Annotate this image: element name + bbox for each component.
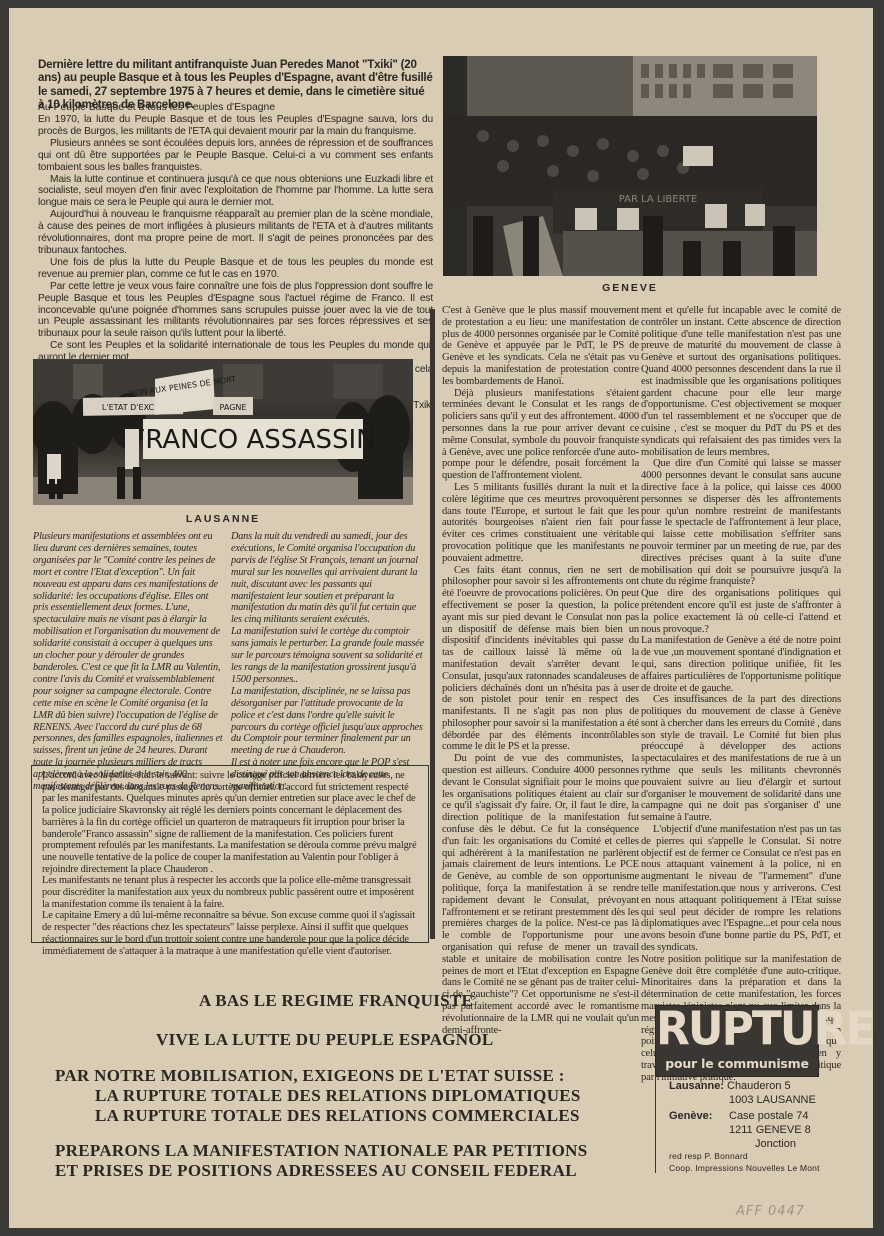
address-line: Case postale 74 xyxy=(729,1109,811,1123)
lausanne-report-col2: Dans la nuit du vendredi au samedi, jour… xyxy=(231,531,425,793)
lausanne-report-paragraph: Dans la nuit du vendredi au samedi, jour… xyxy=(231,531,425,626)
slogan: LA RUPTURE TOTALE DES RELATIONS DIPLOMAT… xyxy=(95,1086,581,1105)
lausanne-report-paragraph: Plusieurs manifestations et assemblées o… xyxy=(33,531,223,793)
letter-paragraph: Plusieurs années se sont écoulées depuis… xyxy=(38,138,433,174)
letter-salutation: Au Peuple Basque et à tous les Peuples d… xyxy=(38,102,433,114)
slogan: ET PRISES DE POSITIONS ADRESSEES AU CONS… xyxy=(55,1161,577,1180)
address-city-label: Genève: xyxy=(669,1109,729,1151)
banner-text-left: L'ETAT D'EXC xyxy=(102,403,155,412)
accord-paragraph: L'accord avec la police était le suivant… xyxy=(42,770,419,875)
rupture-masthead: RUPTURE pour le communisme xyxy=(655,1005,819,1077)
geneve-paragraph: L'objectif d'une manifestation n'est pas… xyxy=(641,824,841,954)
banner-text: PAR LA LIBERTE xyxy=(619,194,698,205)
masthead-rule xyxy=(655,1075,656,1173)
letter-paragraph: Mais la lutte continue et continuera jus… xyxy=(38,174,433,210)
geneve-report-col2: ment et qu'elle fut incapable avec le co… xyxy=(641,305,841,1084)
newspaper-page: Dernière lettre du militant antifranquis… xyxy=(9,8,873,1228)
slogan: PREPARONS LA MANIFESTATION NATIONALE PAR… xyxy=(55,1141,587,1160)
slogan: LA RUPTURE TOTALE DES RELATIONS COMMERCI… xyxy=(95,1106,580,1125)
geneve-protest-image: PAR LA LIBERTE xyxy=(443,56,817,276)
accord-paragraph: Le capitaine Emery a dû lui-même reconna… xyxy=(42,910,419,957)
geneve-paragraph: Les 5 militants fusillés durant la nuit … xyxy=(442,482,639,565)
address-line: Jonction xyxy=(729,1137,811,1151)
slogan: A BAS LE REGIME FRANQUISTE xyxy=(199,991,473,1010)
geneve-paragraph: Ces insuffisances de la part des directi… xyxy=(641,694,841,824)
letter-paragraph: En 1970, la lutte du Peuple Basque et de… xyxy=(38,114,433,138)
lausanne-report-paragraph: La manifestation suivi le cortège du com… xyxy=(231,626,425,686)
lausanne-report-col1: Plusieurs manifestations et assemblées o… xyxy=(33,531,223,793)
lausanne-photo: FRANCO ASSASSIN NON AUX PEINES DE MORT L… xyxy=(33,359,413,505)
lausanne-protest-image: FRANCO ASSASSIN NON AUX PEINES DE MORT L… xyxy=(33,359,413,505)
letter-paragraph: Une fois de plus la lutte du Peuple Basq… xyxy=(38,257,433,281)
geneve-paragraph: Ces faits étant connus, rien ne sert de … xyxy=(442,565,639,754)
lausanne-photo-caption: LAUSANNE xyxy=(33,513,413,525)
geneve-paragraph: Que dire des organisations politiques qu… xyxy=(641,588,841,635)
banner-text-right: PAGNE xyxy=(220,403,247,412)
editor-credit: red resp P. Bonnard xyxy=(669,1150,820,1162)
geneve-report-col1: C'est à Genève que le plus massif mouvem… xyxy=(442,305,639,1036)
masthead-title: RUPTURE xyxy=(656,1003,818,1058)
archive-stamp: AFF 0447 xyxy=(736,1204,805,1219)
address-lausanne: Lausanne: Chauderon 5 1003 LAUSANNE Genè… xyxy=(669,1079,816,1151)
slogan: VIVE LA LUTTE DU PEUPLE ESPAGNOL xyxy=(156,1030,494,1049)
police-accord-box: L'accord avec la police était le suivant… xyxy=(31,765,429,943)
address-line: 1003 LAUSANNE xyxy=(727,1093,816,1107)
accord-paragraph: Les manifestants ne tenant plus à respec… xyxy=(42,875,419,910)
address-city-label: Lausanne: xyxy=(669,1079,727,1107)
address-line: Chauderon 5 xyxy=(727,1079,816,1093)
geneve-paragraph: Que dire d'un Comité qui laisse se masse… xyxy=(641,458,841,588)
slogan: PAR NOTRE MOBILISATION, EXIGEONS DE L'ET… xyxy=(55,1066,565,1085)
geneve-photo-caption: GENEVE xyxy=(443,282,817,294)
address-line: 1211 GENEVE 8 xyxy=(729,1123,811,1137)
printer-credit: Coop. Impressions Nouvelles Le Mont xyxy=(669,1162,820,1174)
lausanne-report-paragraph: La manifestation, disciplinée, ne se lai… xyxy=(231,686,425,757)
letter-paragraph: Par cette lettre je veux vous faire conn… xyxy=(38,281,433,341)
masthead-subtitle: pour le communisme xyxy=(656,1056,818,1071)
geneve-paragraph: Déjà plusieurs manifestations s'étaient … xyxy=(442,388,639,482)
banner-text: FRANCO ASSASSIN xyxy=(130,425,375,455)
letter-paragraph: Aujourd'hui à nouveau le franquisme réap… xyxy=(38,209,433,257)
masthead-credits: red resp P. Bonnard Coop. Impressions No… xyxy=(669,1150,820,1174)
geneve-paragraph: La manifestation de Genève a été de notr… xyxy=(641,635,841,694)
column-divider xyxy=(430,309,435,939)
geneve-paragraph: ment et qu'elle fut incapable avec le co… xyxy=(641,305,841,458)
geneve-photo: PAR LA LIBERTE xyxy=(443,56,817,276)
geneve-paragraph: C'est à Genève que le plus massif mouvem… xyxy=(442,305,639,388)
